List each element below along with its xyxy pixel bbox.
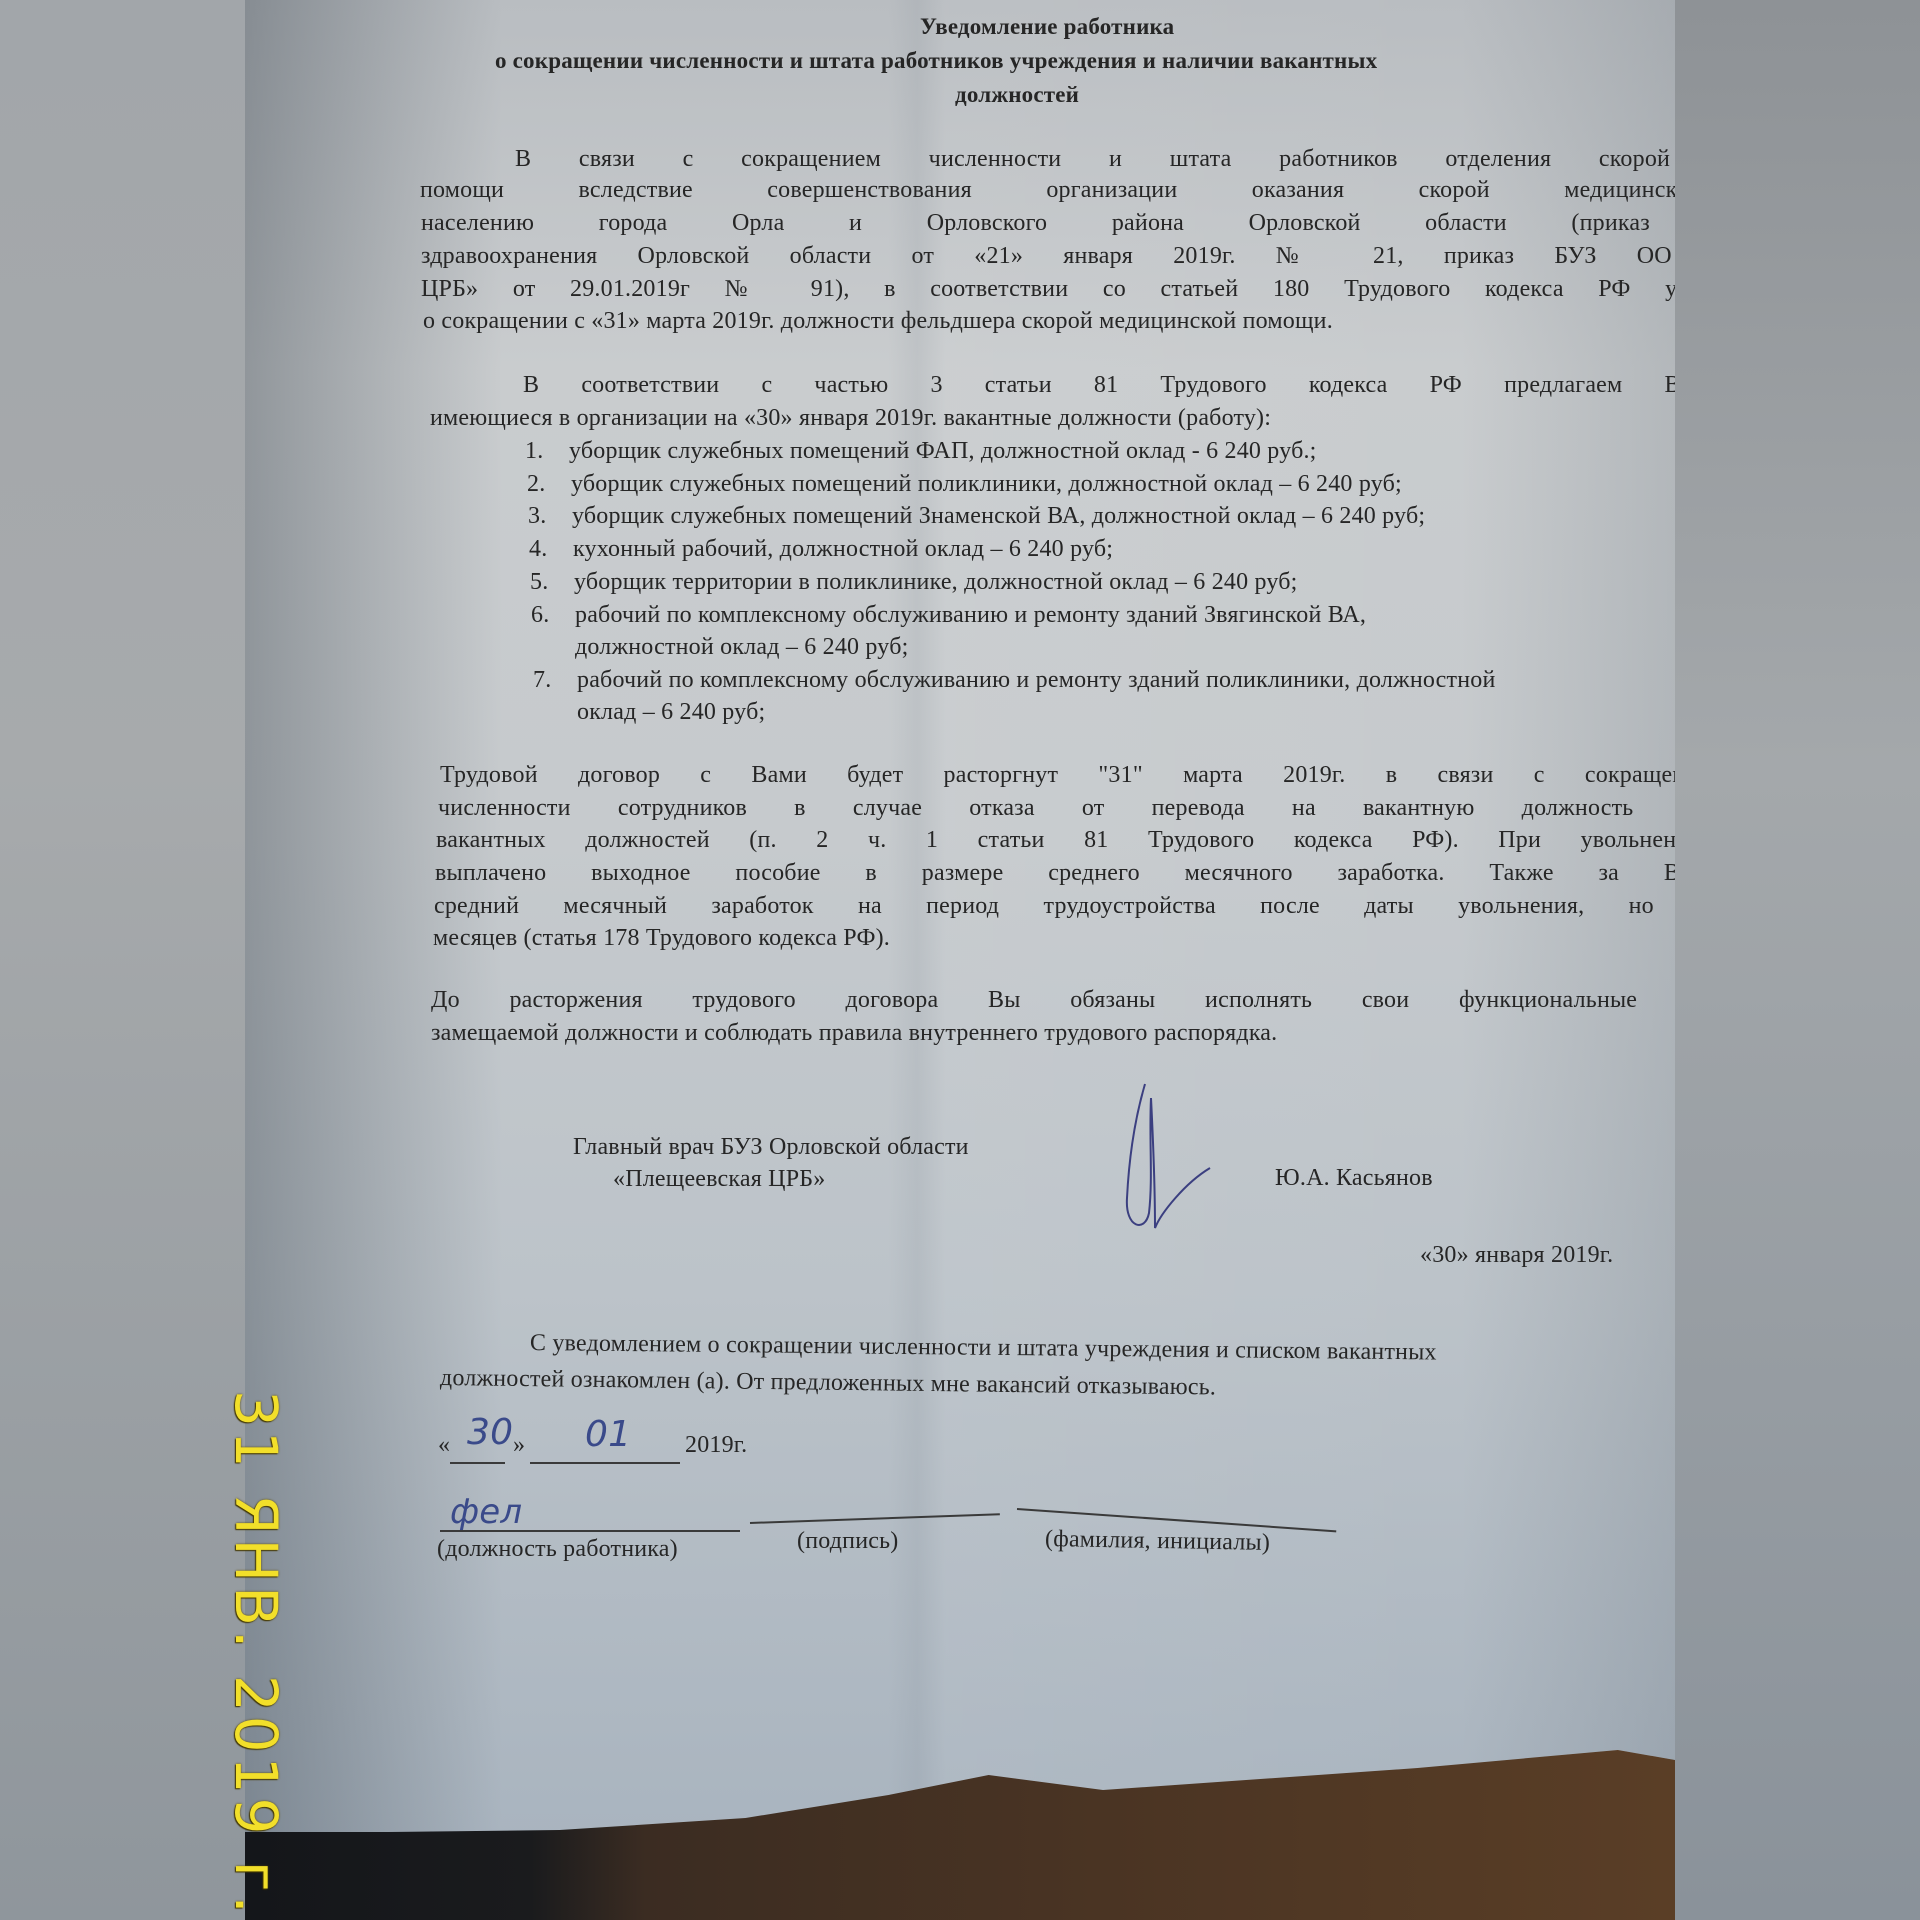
para4-line: До расторжения трудового договора Вы обя… xyxy=(431,987,1675,1014)
vacancy-text: кухонный рабочий, должностной оклад – 6 … xyxy=(573,536,1113,563)
date-year: 2019г. xyxy=(685,1432,747,1459)
signatory-position: Главный врач БУЗ Орловской области xyxy=(573,1134,969,1161)
vacancy-number: 4. xyxy=(529,536,547,563)
para3-line: численности сотрудников в случае отказа … xyxy=(438,795,1675,822)
para3-line: месяцев (статья 178 Трудового кодекса РФ… xyxy=(433,925,890,952)
blurred-background-left xyxy=(0,0,245,1920)
director-signature xyxy=(1115,1078,1215,1238)
vacancy-text: уборщик территории в поликлинике, должно… xyxy=(574,569,1298,596)
day-underline xyxy=(450,1462,505,1464)
title-line-1: Уведомление работника xyxy=(920,14,1174,40)
vacancy-text: уборщик служебных помещений Знаменской В… xyxy=(572,503,1425,530)
month-underline xyxy=(530,1462,680,1464)
para1-line: здравоохранения Орловской области от «21… xyxy=(421,243,1675,270)
para1-line: В связи с сокращением численности и штат… xyxy=(515,146,1675,173)
signatory-date: «30» января 2019г. xyxy=(1420,1242,1613,1269)
handwritten-position: фел xyxy=(450,1492,522,1532)
para3-line: Трудовой договор с Вами будет расторгнут… xyxy=(440,762,1675,789)
photo-date-stamp: 31 ЯНВ. 2019 г. xyxy=(222,1390,290,1918)
para3-line: выплачено выходное пособие в размере сре… xyxy=(435,860,1675,887)
vacancy-text: рабочий по комплексному обслуживанию и р… xyxy=(577,667,1496,694)
handwritten-day: 30 xyxy=(467,1412,513,1453)
title-line-3: должностей xyxy=(955,82,1079,108)
vacancy-number: 7. xyxy=(533,667,551,694)
vacancy-number: 2. xyxy=(527,471,545,498)
vacancy-number: 3. xyxy=(528,503,546,530)
para3-line: вакантных должностей (п. 2 ч. 1 статьи 8… xyxy=(436,827,1675,854)
para3-line: средний месячный заработок на период тру… xyxy=(434,893,1675,920)
vacancy-number: 1. xyxy=(525,438,543,465)
title-line-2: о сокращении численности и штата работни… xyxy=(495,48,1377,74)
blurred-background-right xyxy=(1675,0,1920,1920)
para1-line: помощи вследствие совершенствования орга… xyxy=(420,177,1675,204)
label-signature: (подпись) xyxy=(797,1528,898,1555)
para4-line: замещаемой должности и соблюдать правила… xyxy=(431,1020,1277,1047)
document-photo: Уведомление работника о сокращении числе… xyxy=(245,0,1675,1920)
para1-line: о сокращении с «31» марта 2019г. должнос… xyxy=(423,308,1333,335)
signatory-name: Ю.А. Касьянов xyxy=(1275,1165,1433,1192)
label-employee-position: (должность работника) xyxy=(437,1536,678,1563)
position-line xyxy=(440,1530,740,1532)
label-full-name: (фамилия, инициалы) xyxy=(1045,1526,1270,1557)
para1-line: ЦРБ» от 29.01.2019г № 91), в соответстви… xyxy=(421,276,1675,303)
date-open-quote: « xyxy=(438,1432,450,1459)
vacancy-number: 5. xyxy=(530,569,548,596)
date-close-quote: » xyxy=(513,1432,525,1459)
vacancy-text: уборщик служебных помещений ФАП, должнос… xyxy=(569,438,1317,465)
para1-line: населению города Орла и Орловского район… xyxy=(421,210,1675,237)
vacancy-text: оклад – 6 240 руб; xyxy=(577,699,765,726)
vacancy-text: рабочий по комплексному обслуживанию и р… xyxy=(575,602,1366,629)
para2-line: имеющиеся в организации на «30» января 2… xyxy=(430,405,1271,432)
vacancy-text: уборщик служебных помещений поликлиники,… xyxy=(571,471,1402,498)
vacancy-text: должностной оклад – 6 240 руб; xyxy=(575,634,908,661)
signatory-organization: «Плещеевская ЦРБ» xyxy=(613,1166,825,1193)
para2-line: В соответствии с частью 3 статьи 81 Труд… xyxy=(523,372,1675,399)
handwritten-month: 01 xyxy=(585,1414,631,1455)
vacancy-number: 6. xyxy=(531,602,549,629)
